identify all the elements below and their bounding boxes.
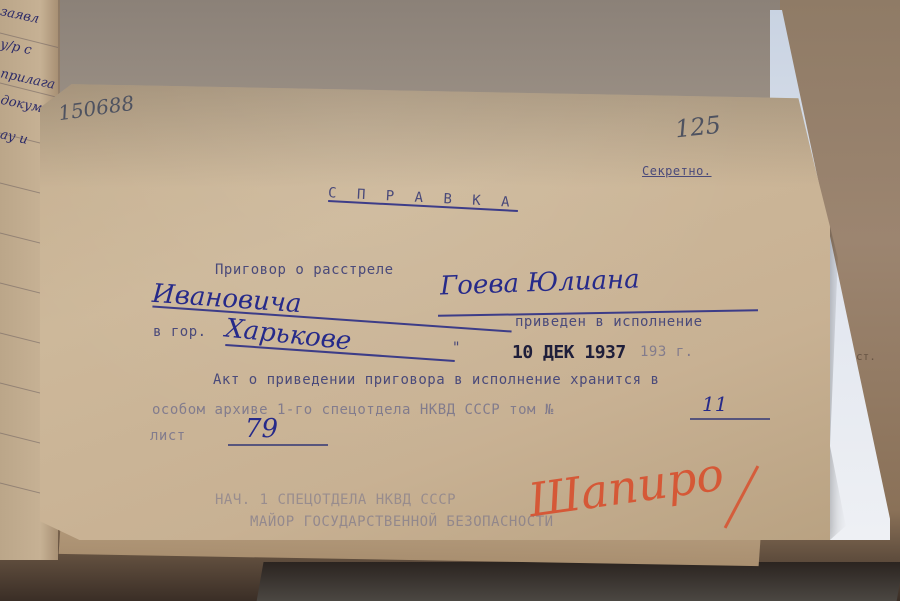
- classification-label: Секретно.: [642, 164, 712, 178]
- page-number: 125: [674, 111, 722, 144]
- date-stamp: 10 ДЕК 1937: [512, 342, 626, 363]
- handwritten-sheet-number: 79: [245, 414, 278, 444]
- executed-text: приведен в исполнение: [515, 314, 703, 330]
- handwritten-volume: 11: [702, 392, 727, 416]
- signatory-rank: МАЙОР ГОСУДАРСТВЕННОЙ БЕЗОПАСНОСТИ: [250, 514, 554, 530]
- notebook-handwriting: ау и: [0, 127, 29, 147]
- typed-year: 193 г.: [640, 344, 694, 360]
- archive-photo: ст. заявл у/р с прилага документ ау и 15…: [0, 0, 900, 601]
- signatory-title: НАЧ. 1 СПЕЦОТДЕЛА НКВД СССР: [215, 492, 456, 508]
- folder-text-fragment: ст.: [856, 350, 876, 363]
- act-statement: Акт о приведении приговора в исполнение …: [213, 372, 659, 388]
- sentence-text: Приговор о расстреле: [215, 262, 394, 278]
- notebook-handwriting: заявл: [0, 4, 40, 27]
- archive-location: особом архиве 1-го спецотдела НКВД СССР …: [152, 402, 554, 418]
- table-edge: [256, 562, 900, 601]
- city-label: в гор.: [153, 324, 207, 340]
- sheet-underline: [228, 444, 328, 446]
- sheet-label: лист: [150, 428, 186, 444]
- date-quote: ": [452, 340, 461, 356]
- volume-underline: [690, 418, 770, 420]
